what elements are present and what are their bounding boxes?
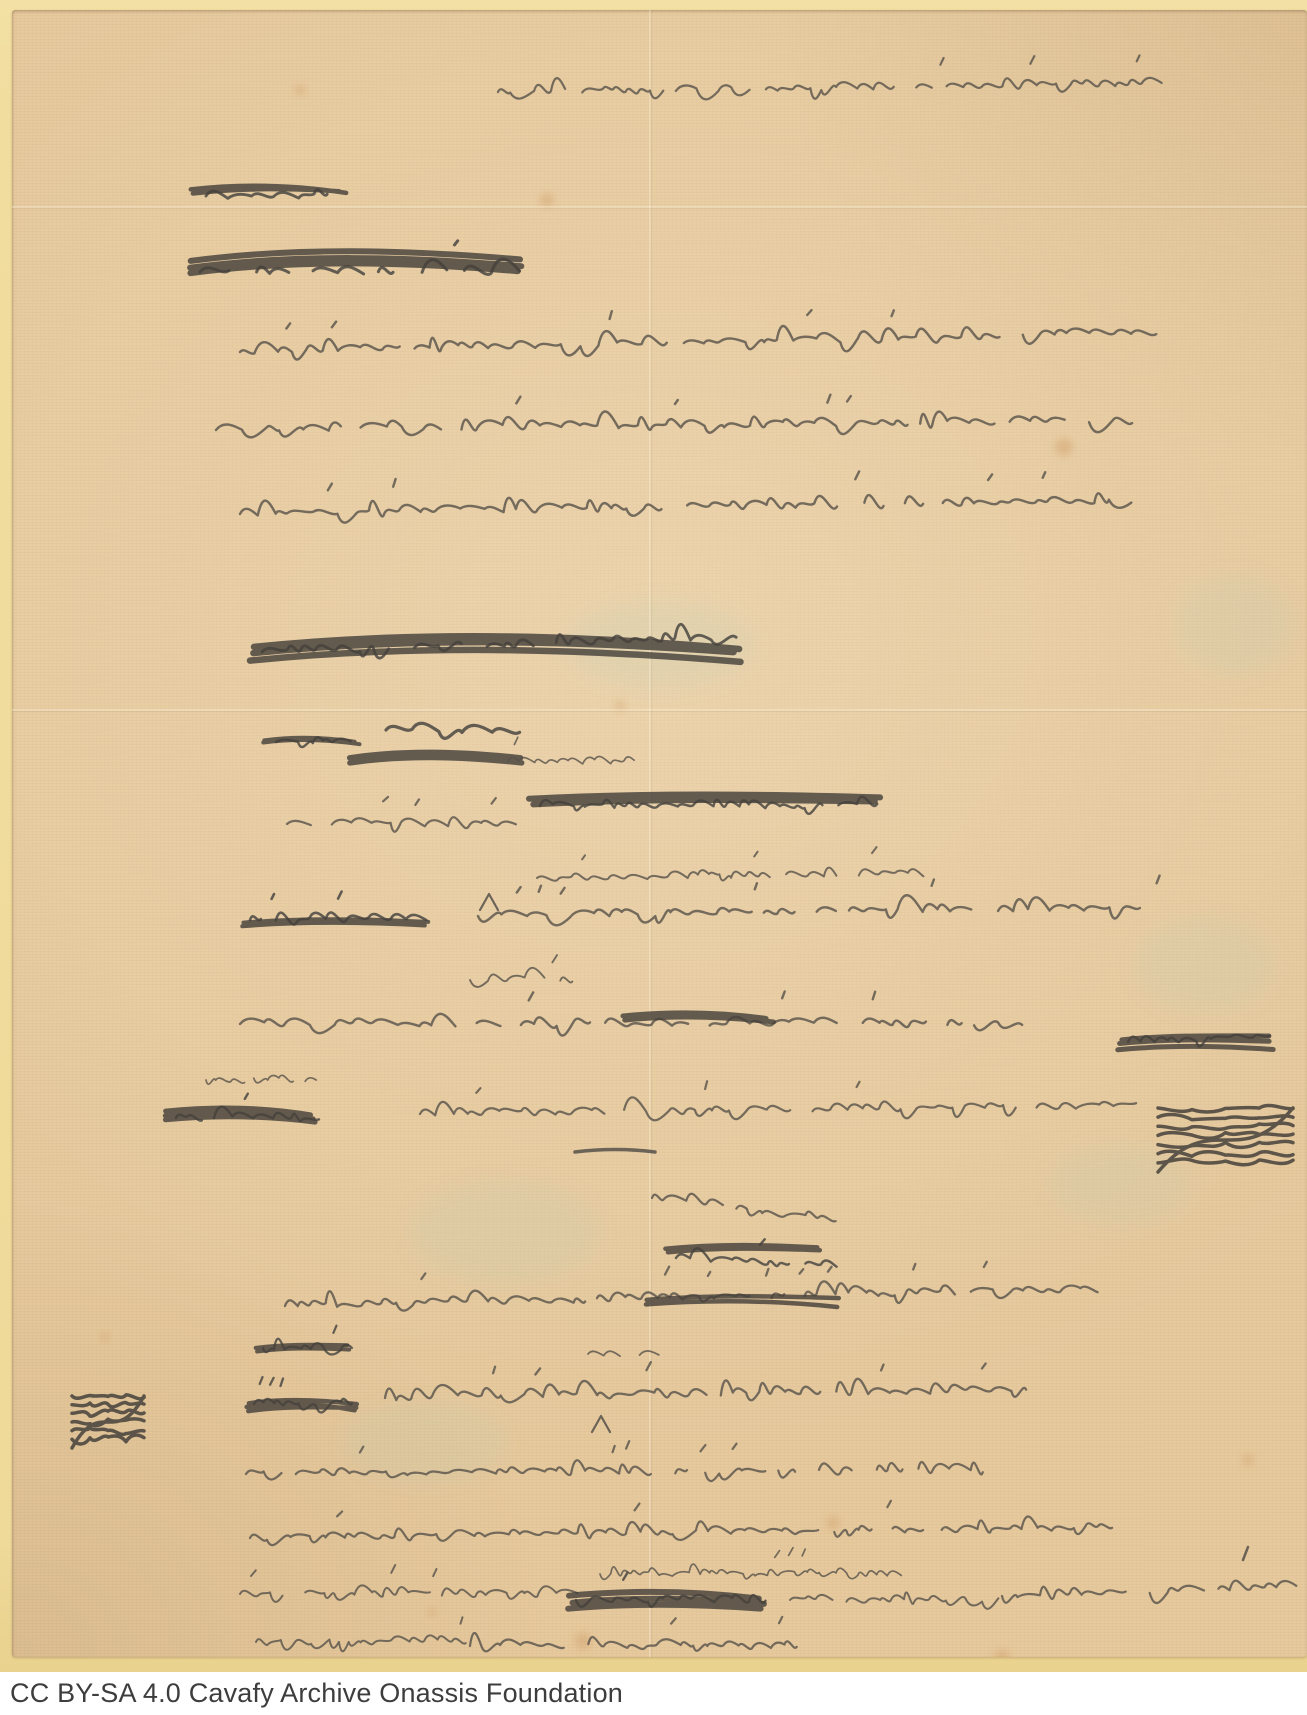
license-caption-bar: CC BY-SA 4.0 Cavafy Archive Onassis Foun…: [0, 1672, 1307, 1715]
license-caption: CC BY-SA 4.0 Cavafy Archive Onassis Foun…: [0, 1678, 623, 1709]
manuscript-paper: [12, 10, 1307, 1657]
archive-photo: CC BY-SA 4.0 Cavafy Archive Onassis Foun…: [0, 0, 1307, 1715]
